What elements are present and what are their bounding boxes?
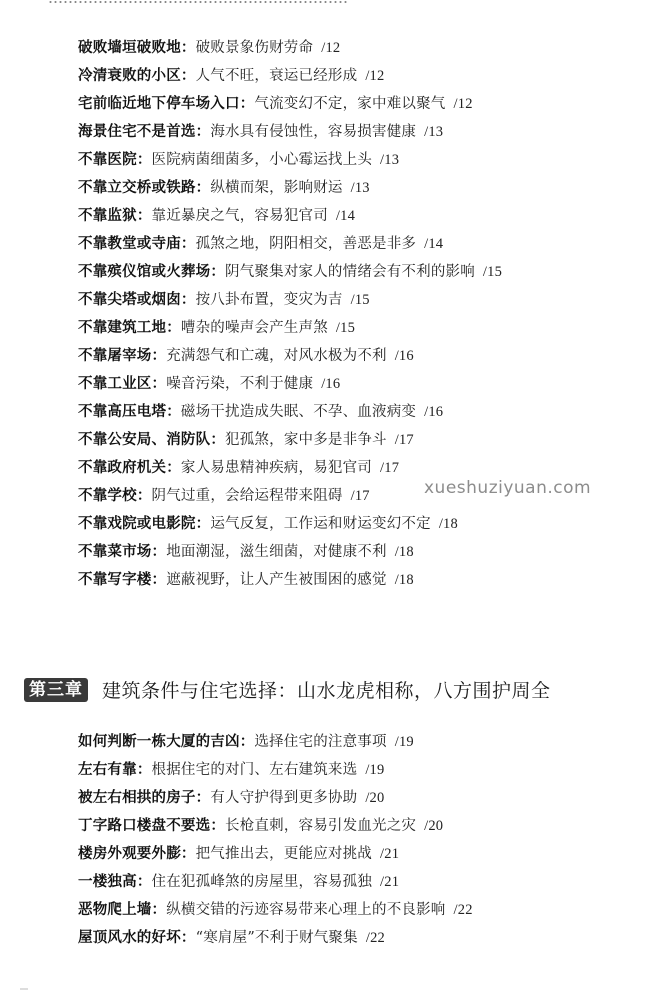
entry-title: 海景住宅不是首选 [78, 124, 196, 140]
entry-separator: ： [137, 874, 152, 890]
entry-separator: ： [137, 208, 152, 224]
entry-title: 楼房外观要外膨 [78, 846, 181, 862]
entry-desc: 运气反复，工作运和财运变幻不定 [210, 516, 431, 532]
entry-title: 不靠建筑工地 [78, 320, 166, 336]
entry-desc: 靠近暴戾之气，容易犯官司 [152, 208, 328, 224]
entry-desc: 磁场干扰造成失眠、不孕、血液病变 [181, 404, 416, 420]
toc-entry[interactable]: 冷清衰败的小区：人气不旺，衰运已经形成/12 [78, 62, 502, 90]
entry-separator: ： [166, 460, 181, 476]
entry-page: /16 [321, 376, 340, 392]
toc-entry[interactable]: 不靠建筑工地：嘈杂的噪声会产生声煞/15 [78, 314, 502, 342]
entry-title: 不靠公安局、消防队 [78, 432, 210, 448]
toc-entry[interactable]: 恶物爬上墙：纵横交错的污迹容易带来心理上的不良影响/22 [78, 896, 473, 924]
entry-title: 不靠政府机关 [78, 460, 166, 476]
entry-page: /18 [395, 544, 414, 560]
entry-separator: ： [137, 152, 152, 168]
entry-separator: ： [137, 488, 152, 504]
entry-separator: ： [152, 376, 167, 392]
entry-page: /15 [351, 292, 370, 308]
toc-entry[interactable]: 一楼独高：住在犯孤峰煞的房屋里，容易孤独/21 [78, 868, 473, 896]
entry-title: 一楼独高 [78, 874, 137, 890]
entry-desc: 海水具有侵蚀性，容易损害健康 [210, 124, 416, 140]
entry-separator: ： [196, 790, 211, 806]
chapter-title: 建筑条件与住宅选择：山水龙虎相称，八方围护周全 [102, 676, 551, 703]
toc-entry[interactable]: 被左右相拱的房子：有人守护得到更多协助/20 [78, 784, 473, 812]
entry-title: 如何判断一栋大厦的吉凶 [78, 734, 240, 750]
toc-entry[interactable]: 不靠殡仪馆或火葬场：阴气聚集对家人的情绪会有不利的影响/15 [78, 258, 502, 286]
entry-separator: ： [196, 124, 211, 140]
entry-title: 宅前临近地下停车场入口 [78, 96, 240, 112]
entry-separator: ： [240, 734, 255, 750]
entry-page: /17 [395, 432, 414, 448]
entry-title: 不靠戏院或电影院 [78, 516, 196, 532]
entry-page: /18 [395, 572, 414, 588]
entry-page: /17 [380, 460, 399, 476]
entry-page: /17 [351, 488, 370, 504]
entry-desc: 纵横交错的污迹容易带来心理上的不良影响 [166, 902, 445, 918]
entry-separator: ： [181, 930, 196, 946]
entry-title: 不靠学校 [78, 488, 137, 504]
entry-title: 不靠写字楼 [78, 572, 152, 588]
toc-entry[interactable]: 不靠高压电塔：磁场干扰造成失眠、不孕、血液病变/16 [78, 398, 502, 426]
entry-title: 不靠医院 [78, 152, 137, 168]
entry-title: 破败墙垣破败地 [78, 40, 181, 56]
toc-entry[interactable]: 不靠监狱：靠近暴戾之气，容易犯官司/14 [78, 202, 502, 230]
entry-page: /18 [439, 516, 458, 532]
toc-entry[interactable]: 海景住宅不是首选：海水具有侵蚀性，容易损害健康/13 [78, 118, 502, 146]
entry-title: 恶物爬上墙 [78, 902, 152, 918]
entry-desc: 犯孤煞，家中多是非争斗 [225, 432, 387, 448]
entry-title: 不靠殡仪馆或火葬场 [78, 264, 210, 280]
entry-desc: 气流变幻不定，家中难以聚气 [254, 96, 445, 112]
entry-title: 不靠立交桥或铁路 [78, 180, 196, 196]
entry-page: /15 [483, 264, 502, 280]
chapter-heading[interactable]: 第三章 建筑条件与住宅选择：山水龙虎相称，八方围护周全 [24, 676, 551, 703]
entry-desc: 地面潮湿，滋生细菌，对健康不利 [166, 544, 387, 560]
entry-desc: 按八卦布置，变灾为吉 [196, 292, 343, 308]
toc-entry[interactable]: 不靠立交桥或铁路：纵横而架，影响财运/13 [78, 174, 502, 202]
entry-desc: 有人守护得到更多协助 [210, 790, 357, 806]
entry-page: /20 [424, 818, 443, 834]
chapter-badge: 第三章 [24, 678, 88, 702]
entry-page: /13 [380, 152, 399, 168]
toc-entry[interactable]: 丁字路口楼盘不要选：长枪直刺，容易引发血光之灾/20 [78, 812, 473, 840]
toc-entry[interactable]: 不靠写字楼：遮蔽视野，让人产生被围困的感觉/18 [78, 566, 502, 594]
toc-entry[interactable]: 不靠工业区：噪音污染，不利于健康/16 [78, 370, 502, 398]
entry-separator: ： [152, 902, 167, 918]
toc-entry[interactable]: 不靠菜市场：地面潮湿，滋生细菌，对健康不利/18 [78, 538, 502, 566]
dotted-divider [48, 0, 348, 4]
entry-title: 冷清衰败的小区 [78, 68, 181, 84]
entry-separator: ： [240, 96, 255, 112]
entry-title: 不靠教堂或寺庙 [78, 236, 181, 252]
toc-entry[interactable]: 楼房外观要外膨：把气推出去，更能应对挑战/21 [78, 840, 473, 868]
entry-title: 屋顶风水的好坏 [78, 930, 181, 946]
entry-desc: 医院病菌细菌多，小心霉运找上头 [152, 152, 373, 168]
entry-title: 不靠工业区 [78, 376, 152, 392]
entry-separator: ： [152, 348, 167, 364]
entry-desc: 阴气聚集对家人的情绪会有不利的影响 [225, 264, 475, 280]
entry-title: 被左右相拱的房子 [78, 790, 196, 806]
entry-desc: 纵横而架，影响财运 [210, 180, 342, 196]
entry-separator: ： [166, 404, 181, 420]
entry-title: 不靠屠宰场 [78, 348, 152, 364]
toc-list-section-b: 如何判断一栋大厦的吉凶：选择住宅的注意事项/19 左右有靠：根据住宅的对门、左右… [78, 728, 473, 952]
entry-desc: 阴气过重，会给运程带来阻碍 [152, 488, 343, 504]
watermark: xueshuziyuan.com [424, 478, 591, 498]
entry-page: /13 [351, 180, 370, 196]
entry-page: /14 [336, 208, 355, 224]
toc-entry[interactable]: 宅前临近地下停车场入口：气流变幻不定，家中难以聚气/12 [78, 90, 502, 118]
entry-desc: “寒肩屋”不利于财气聚集 [196, 930, 358, 946]
entry-page: /21 [380, 846, 399, 862]
page-edge-mark [20, 988, 28, 990]
toc-entry[interactable]: 屋顶风水的好坏：“寒肩屋”不利于财气聚集/22 [78, 924, 473, 952]
entry-desc: 长枪直刺，容易引发血光之灾 [225, 818, 416, 834]
entry-desc: 破败景象伤财劳命 [196, 40, 314, 56]
entry-title: 左右有靠 [78, 762, 137, 778]
toc-entry[interactable]: 不靠尖塔或烟囱：按八卦布置，变灾为吉/15 [78, 286, 502, 314]
toc-entry[interactable]: 如何判断一栋大厦的吉凶：选择住宅的注意事项/19 [78, 728, 473, 756]
toc-list-section-a: 破败墙垣破败地：破败景象伤财劳命/12 冷清衰败的小区：人气不旺，衰运已经形成/… [78, 34, 502, 594]
entry-separator: ： [210, 264, 225, 280]
entry-page: /19 [395, 734, 414, 750]
entry-page: /14 [424, 236, 443, 252]
toc-entry[interactable]: 不靠屠宰场：充满怨气和亡魂，对风水极为不利/16 [78, 342, 502, 370]
entry-desc: 根据住宅的对门、左右建筑来选 [152, 762, 358, 778]
entry-separator: ： [181, 846, 196, 862]
entry-title: 不靠尖塔或烟囱 [78, 292, 181, 308]
entry-separator: ： [181, 40, 196, 56]
toc-entry[interactable]: 不靠戏院或电影院：运气反复，工作运和财运变幻不定/18 [78, 510, 502, 538]
toc-entry[interactable]: 不靠公安局、消防队：犯孤煞，家中多是非争斗/17 [78, 426, 502, 454]
toc-entry[interactable]: 不靠医院：医院病菌细菌多，小心霉运找上头/13 [78, 146, 502, 174]
entry-separator: ： [137, 762, 152, 778]
entry-desc: 遮蔽视野，让人产生被围困的感觉 [166, 572, 387, 588]
toc-entry[interactable]: 不靠教堂或寺庙：孤煞之地，阴阳相交，善恶是非多/14 [78, 230, 502, 258]
toc-entry[interactable]: 破败墙垣破败地：破败景象伤财劳命/12 [78, 34, 502, 62]
entry-desc: 把气推出去，更能应对挑战 [196, 846, 372, 862]
entry-page: /21 [380, 874, 399, 890]
entry-separator: ： [196, 180, 211, 196]
entry-page: /16 [395, 348, 414, 364]
entry-title: 不靠菜市场 [78, 544, 152, 560]
entry-separator: ： [181, 68, 196, 84]
entry-separator: ： [152, 572, 167, 588]
entry-separator: ： [210, 818, 225, 834]
entry-desc: 住在犯孤峰煞的房屋里，容易孤独 [152, 874, 373, 890]
entry-page: /12 [365, 68, 384, 84]
entry-desc: 嘈杂的噪声会产生声煞 [181, 320, 328, 336]
entry-desc: 家人易患精神疾病，易犯官司 [181, 460, 372, 476]
entry-page: /12 [454, 96, 473, 112]
entry-title: 丁字路口楼盘不要选 [78, 818, 210, 834]
entry-desc: 噪音污染，不利于健康 [166, 376, 313, 392]
entry-page: /12 [321, 40, 340, 56]
entry-page: /16 [424, 404, 443, 420]
entry-title: 不靠高压电塔 [78, 404, 166, 420]
toc-entry[interactable]: 左右有靠：根据住宅的对门、左右建筑来选/19 [78, 756, 473, 784]
entry-desc: 人气不旺，衰运已经形成 [196, 68, 358, 84]
entry-page: /19 [365, 762, 384, 778]
entry-separator: ： [181, 292, 196, 308]
entry-page: /20 [365, 790, 384, 806]
entry-title: 不靠监狱 [78, 208, 137, 224]
entry-separator: ： [166, 320, 181, 336]
entry-separator: ： [181, 236, 196, 252]
entry-page: /22 [366, 930, 385, 946]
entry-desc: 孤煞之地，阴阳相交，善恶是非多 [196, 236, 417, 252]
entry-page: /22 [454, 902, 473, 918]
entry-page: /13 [424, 124, 443, 140]
entry-separator: ： [196, 516, 211, 532]
entry-page: /15 [336, 320, 355, 336]
entry-desc: 选择住宅的注意事项 [254, 734, 386, 750]
entry-separator: ： [210, 432, 225, 448]
entry-desc: 充满怨气和亡魂，对风水极为不利 [166, 348, 387, 364]
entry-separator: ： [152, 544, 167, 560]
